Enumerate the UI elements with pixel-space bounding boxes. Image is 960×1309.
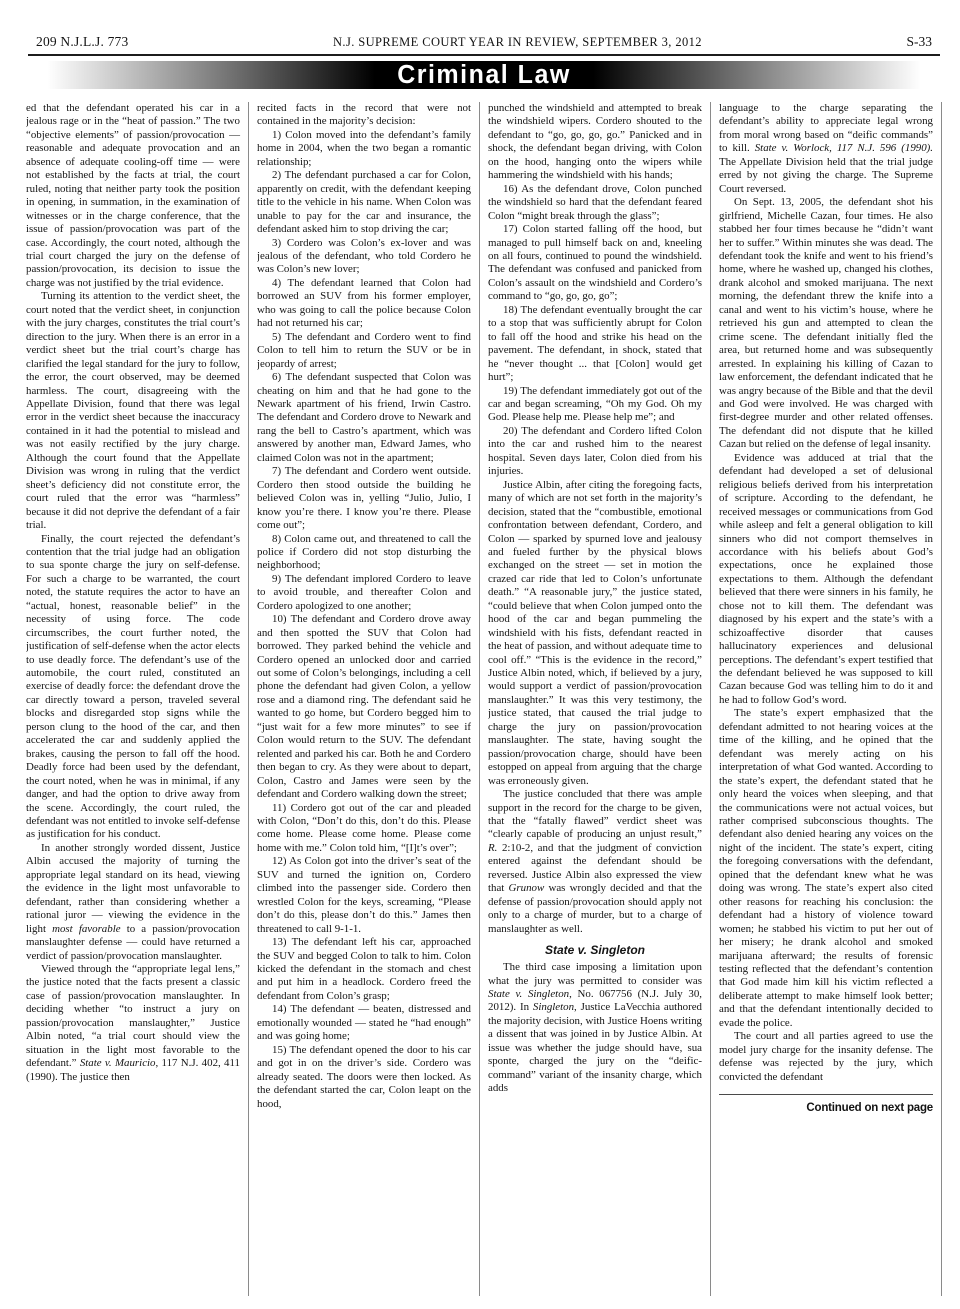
- paragraph: 15) The defendant opened the door to his…: [257, 1044, 471, 1111]
- paragraph: 7) The defendant and Cordero went outsid…: [257, 465, 471, 532]
- citation-number: 209 N.J.L.J. 773: [36, 34, 128, 50]
- paragraph: 9) The defendant implored Cordero to lea…: [257, 573, 471, 613]
- paragraph: ed that the defendant operated his car i…: [26, 102, 240, 290]
- paragraph: Evidence was adduced at trial that the d…: [719, 452, 933, 708]
- paragraph: The justice concluded that there was amp…: [488, 788, 702, 936]
- paragraph: 20) The defendant and Cordero lifted Col…: [488, 425, 702, 479]
- paragraph: The third case imposing a limitation upo…: [488, 961, 702, 1096]
- paragraph: 4) The defendant learned that Colon had …: [257, 277, 471, 331]
- paragraph: 6) The defendant suspected that Colon wa…: [257, 371, 471, 465]
- paragraph: 1) Colon moved into the defendant’s fami…: [257, 129, 471, 169]
- paragraph: Viewed through the “appropriate legal le…: [26, 963, 240, 1084]
- paragraph: Finally, the court rejected the defendan…: [26, 533, 240, 842]
- text-column: ed that the defendant operated his car i…: [26, 102, 249, 1296]
- header-divider: [28, 54, 940, 56]
- paragraph: In another strongly worded dissent, Just…: [26, 842, 240, 963]
- text-column: punched the windshield and attempted to …: [488, 102, 711, 1296]
- publication-title: N.J. SUPREME COURT YEAR IN REVIEW, SEPTE…: [333, 35, 702, 50]
- paragraph: language to the charge separating the de…: [719, 102, 933, 196]
- paragraph: 8) Colon came out, and threatened to cal…: [257, 533, 471, 573]
- page-header: 209 N.J.L.J. 773 N.J. SUPREME COURT YEAR…: [26, 34, 942, 54]
- newspaper-page: 209 N.J.L.J. 773 N.J. SUPREME COURT YEAR…: [0, 0, 960, 1309]
- paragraph: recited facts in the record that were no…: [257, 102, 471, 129]
- paragraph: punched the windshield and attempted to …: [488, 102, 702, 183]
- paragraph: 13) The defendant left his car, approach…: [257, 936, 471, 1003]
- case-heading: State v. Singleton: [488, 943, 702, 957]
- paragraph: 18) The defendant eventually brought the…: [488, 304, 702, 385]
- paragraph: The state’s expert emphasized that the d…: [719, 707, 933, 1030]
- paragraph: 11) Cordero got out of the car and plead…: [257, 802, 471, 856]
- article-columns: ed that the defendant operated his car i…: [26, 102, 942, 1296]
- paragraph: 12) As Colon got into the driver’s seat …: [257, 855, 471, 936]
- paragraph: 2) The defendant purchased a car for Col…: [257, 169, 471, 236]
- paragraph: 3) Cordero was Colon’s ex-lover and was …: [257, 237, 471, 277]
- paragraph: Turning its attention to the verdict she…: [26, 290, 240, 532]
- paragraph: 17) Colon started falling off the hood, …: [488, 223, 702, 304]
- section-title: Criminal Law: [397, 60, 571, 90]
- paragraph: 19) The defendant immediately got out of…: [488, 385, 702, 425]
- continued-note: Continued on next page: [719, 1094, 933, 1114]
- text-column: recited facts in the record that were no…: [257, 102, 480, 1296]
- section-banner: Criminal Law: [29, 61, 939, 89]
- paragraph: The court and all parties agreed to use …: [719, 1030, 933, 1084]
- text-column: language to the charge separating the de…: [719, 102, 942, 1296]
- paragraph: Justice Albin, after citing the foregoin…: [488, 479, 702, 788]
- paragraph: 14) The defendant — beaten, distressed a…: [257, 1003, 471, 1043]
- paragraph: On Sept. 13, 2005, the defendant shot hi…: [719, 196, 933, 452]
- paragraph: 10) The defendant and Cordero drove away…: [257, 613, 471, 801]
- paragraph: 16) As the defendant drove, Colon punche…: [488, 183, 702, 223]
- paragraph: 5) The defendant and Cordero went to fin…: [257, 331, 471, 371]
- page-number: S-33: [906, 34, 932, 50]
